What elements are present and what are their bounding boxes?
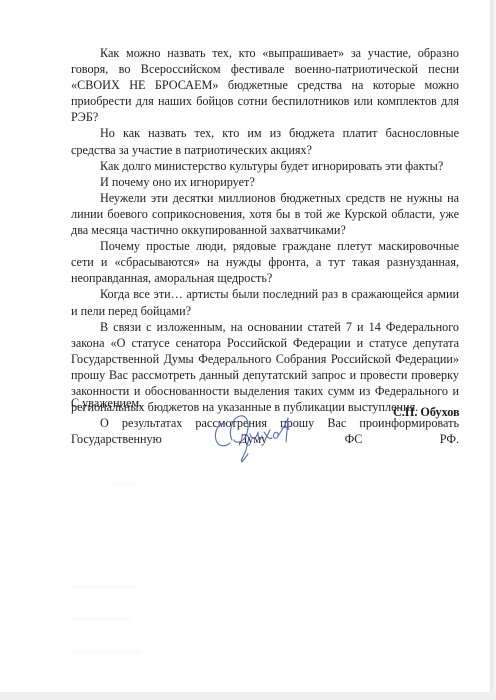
paragraph-4: И почему оно их игнорирует? [71, 174, 459, 190]
signer-name: С.П. Обухов [393, 405, 460, 420]
bleed-through-mark [112, 482, 138, 485]
paragraph-2: Но как назвать тех, кто им из бюджета пл… [71, 125, 459, 157]
document-page: Как можно назвать тех, кто «выпрашивает»… [0, 0, 490, 692]
handwritten-signature-icon [212, 410, 294, 468]
bleed-through-mark [72, 585, 137, 589]
paragraph-7: Когда все эти… артисты были последний ра… [71, 286, 459, 318]
paragraph-5: Неужели эти десятки миллионов бюджетных … [71, 190, 459, 238]
page-bottom-edge [0, 692, 496, 700]
paragraph-6: Почему простые люди, рядовые граждане пл… [71, 238, 459, 286]
page-edge-shadow [490, 0, 496, 700]
paragraph-3: Как долго министерство культуры будет иг… [71, 158, 459, 174]
bleed-through-mark [72, 650, 142, 654]
closing-salutation: С уважением, [71, 396, 142, 411]
bleed-through-mark [72, 617, 132, 621]
paragraph-1: Как можно назвать тех, кто «выпрашивает»… [71, 45, 459, 125]
letter-body: Как можно назвать тех, кто «выпрашивает»… [71, 45, 459, 447]
